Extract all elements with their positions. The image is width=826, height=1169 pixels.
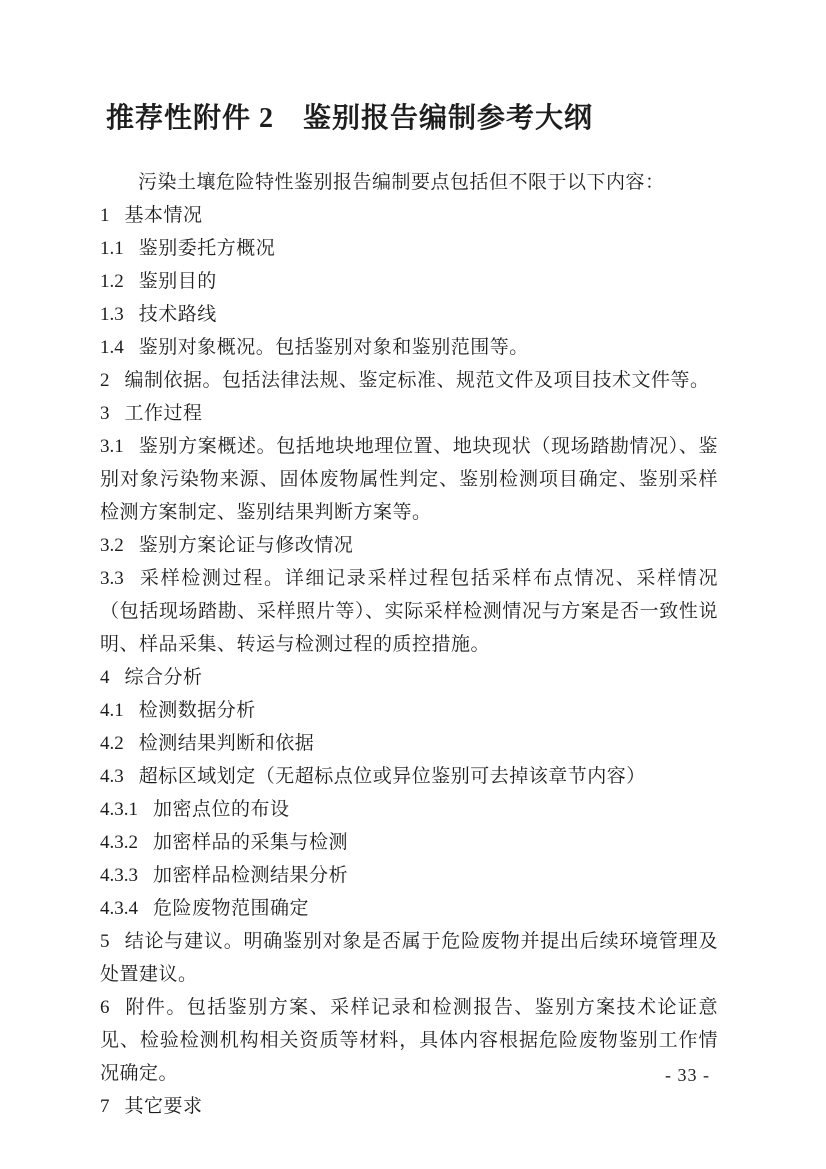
item-text: 工作过程 (125, 403, 203, 424)
item-text: 危险废物范围确定 (153, 898, 309, 919)
item-text: 加密点位的布设 (153, 799, 290, 820)
outline-item: 4.2检测结果判断和依据 (100, 727, 718, 760)
outline-item: 4.3.3加密样品检测结果分析 (100, 859, 718, 892)
item-text: 鉴别方案概述。包括地块地理位置、地块现状（现场踏勘情况）、鉴别对象污染物来源、固… (100, 436, 718, 523)
item-number: 4.3.4 (100, 892, 138, 925)
outline-item: 1.4鉴别对象概况。包括鉴别对象和鉴别范围等。 (100, 331, 718, 364)
item-number: 1.3 (100, 298, 124, 331)
outline-item: 4.3.1加密点位的布设 (100, 793, 718, 826)
outline-item: 3工作过程 (100, 397, 718, 430)
item-number: 1.4 (100, 331, 124, 364)
outline-item: 4.3超标区域划定（无超标点位或异位鉴别可去掉该章节内容） (100, 760, 718, 793)
outline-list: 1基本情况 1.1鉴别委托方概况 1.2鉴别目的 1.3技术路线 1.4鉴别对象… (100, 199, 718, 1123)
item-number: 4 (100, 661, 110, 694)
outline-item: 1.1鉴别委托方概况 (100, 232, 718, 265)
item-number: 3.3 (100, 562, 124, 595)
item-number: 3.1 (100, 430, 124, 463)
item-number: 4.3 (100, 760, 124, 793)
item-number: 4.3.1 (100, 793, 138, 826)
item-text: 超标区域划定（无超标点位或异位鉴别可去掉该章节内容） (139, 766, 646, 787)
item-number: 1 (100, 199, 110, 232)
item-text: 其它要求 (125, 1096, 203, 1117)
item-text: 附件。包括鉴别方案、采样记录和检测报告、鉴别方案技术论证意见、检验检测机构相关资… (100, 997, 718, 1084)
item-number: 4.2 (100, 727, 124, 760)
item-number: 5 (100, 925, 110, 958)
item-text: 检测数据分析 (139, 700, 256, 721)
outline-item: 3.2鉴别方案论证与修改情况 (100, 529, 718, 562)
item-number: 4.3.2 (100, 826, 138, 859)
outline-item: 6附件。包括鉴别方案、采样记录和检测报告、鉴别方案技术论证意见、检验检测机构相关… (100, 991, 718, 1090)
item-text: 基本情况 (125, 205, 203, 226)
item-text: 编制依据。包括法律法规、鉴定标准、规范文件及项目技术文件等。 (125, 370, 710, 391)
item-text: 加密样品的采集与检测 (153, 832, 348, 853)
item-text: 技术路线 (139, 304, 217, 325)
page-number: - 33 - (665, 1063, 710, 1087)
item-number: 3.2 (100, 529, 124, 562)
intro-paragraph: 污染土壤危险特性鉴别报告编制要点包括但不限于以下内容： (100, 166, 718, 199)
item-number: 6 (100, 991, 110, 1024)
item-number: 3 (100, 397, 110, 430)
outline-item: 3.1鉴别方案概述。包括地块地理位置、地块现状（现场踏勘情况）、鉴别对象污染物来… (100, 430, 718, 529)
item-number: 1.1 (100, 232, 124, 265)
document-body: 污染土壤危险特性鉴别报告编制要点包括但不限于以下内容： 1基本情况 1.1鉴别委… (100, 166, 718, 1123)
outline-item: 2编制依据。包括法律法规、鉴定标准、规范文件及项目技术文件等。 (100, 364, 718, 397)
item-text: 结论与建议。明确鉴别对象是否属于危险废物并提出后续环境管理及处置建议。 (100, 931, 718, 985)
item-number: 4.1 (100, 694, 124, 727)
outline-item: 7其它要求 (100, 1090, 718, 1123)
item-text: 综合分析 (125, 667, 203, 688)
outline-item: 1.2鉴别目的 (100, 265, 718, 298)
item-text: 采样检测过程。详细记录采样过程包括采样布点情况、采样情况（包括现场踏勘、采样照片… (100, 568, 718, 655)
outline-item: 1.3技术路线 (100, 298, 718, 331)
item-number: 2 (100, 364, 110, 397)
item-text: 鉴别对象概况。包括鉴别对象和鉴别范围等。 (139, 337, 529, 358)
item-text: 鉴别委托方概况 (139, 238, 276, 259)
outline-item: 5结论与建议。明确鉴别对象是否属于危险废物并提出后续环境管理及处置建议。 (100, 925, 718, 991)
item-number: 4.3.3 (100, 859, 138, 892)
item-text: 鉴别方案论证与修改情况 (139, 535, 354, 556)
outline-item: 4综合分析 (100, 661, 718, 694)
item-text: 检测结果判断和依据 (139, 733, 315, 754)
item-text: 鉴别目的 (139, 271, 217, 292)
item-text: 加密样品检测结果分析 (153, 865, 348, 886)
outline-item: 4.3.2加密样品的采集与检测 (100, 826, 718, 859)
outline-item: 4.1检测数据分析 (100, 694, 718, 727)
page-title: 推荐性附件 2 鉴别报告编制参考大纲 (106, 98, 718, 140)
outline-item: 4.3.4危险废物范围确定 (100, 892, 718, 925)
item-number: 7 (100, 1090, 110, 1123)
outline-item: 1基本情况 (100, 199, 718, 232)
document-page: 推荐性附件 2 鉴别报告编制参考大纲 污染土壤危险特性鉴别报告编制要点包括但不限… (0, 0, 826, 1169)
outline-item: 3.3采样检测过程。详细记录采样过程包括采样布点情况、采样情况（包括现场踏勘、采… (100, 562, 718, 661)
item-number: 1.2 (100, 265, 124, 298)
